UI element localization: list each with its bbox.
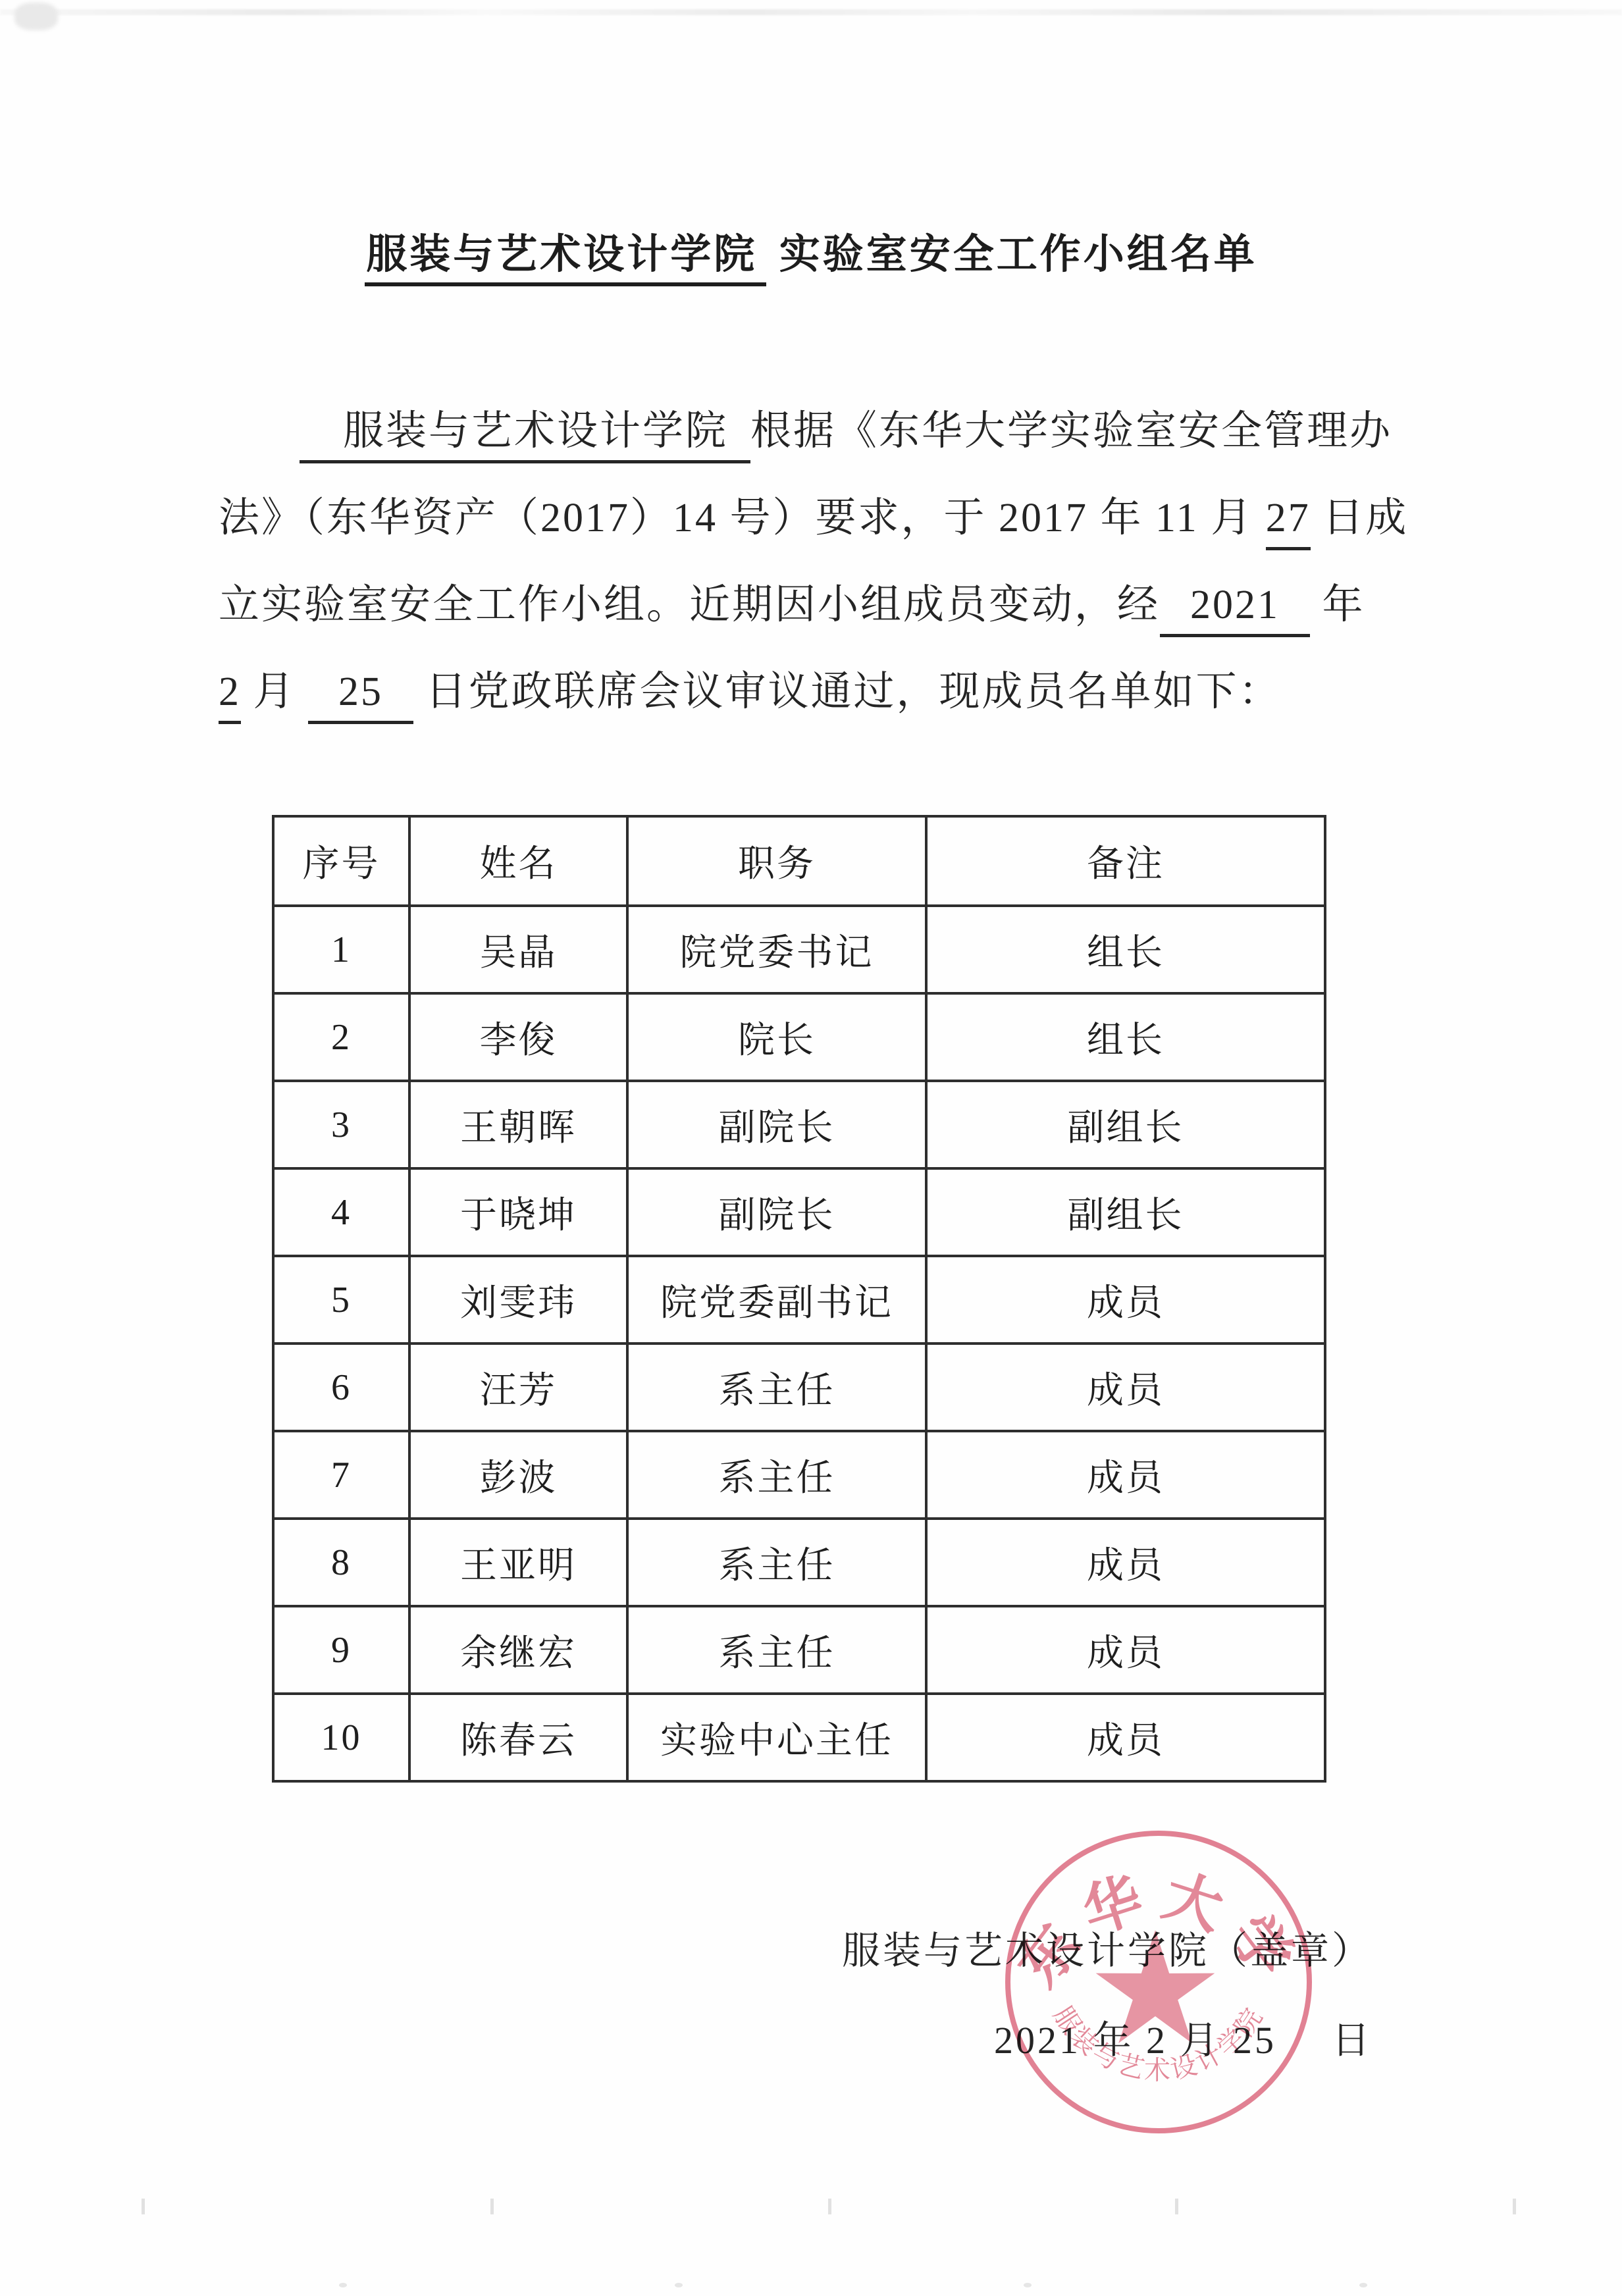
- document-title-college: 服装与艺术设计学院: [365, 232, 766, 286]
- cell-index: 5: [273, 1256, 409, 1344]
- cell-name: 陈春云: [409, 1694, 627, 1781]
- header-cell-note: 备注: [926, 816, 1325, 906]
- scan-tick-mark: [490, 2199, 494, 2214]
- month-underlined: 2: [219, 669, 241, 724]
- paragraph-text: 年: [1310, 583, 1365, 627]
- cell-name: 李俊: [409, 993, 627, 1081]
- cell-note: 成员: [926, 1606, 1325, 1694]
- cell-name: 余继宏: [409, 1606, 627, 1694]
- table-row: 4 于晓坤 副院长 副组长: [273, 1168, 1325, 1256]
- cell-index: 7: [273, 1431, 409, 1519]
- day2-underlined: 25: [308, 669, 413, 724]
- cell-note: 成员: [926, 1256, 1325, 1344]
- safety-group-members-table: 序号 姓名 职务 备注 1 吴晶 院党委书记 组长 2 李俊 院长 组长 3 王…: [272, 815, 1326, 1783]
- day-underlined: 27: [1266, 496, 1311, 550]
- signature-org-line: 服装与艺术设计学院（盖章）: [842, 1919, 1373, 1975]
- cell-name: 王朝晖: [409, 1081, 627, 1168]
- signature-date-line: 2021 年 2 月 25日: [994, 2009, 1373, 2064]
- cell-position: 系主任: [627, 1519, 926, 1606]
- paragraph-text: 法》（东华资产（2017）14 号）要求，于 2017 年 11 月: [219, 496, 1266, 540]
- signature-date-suffix: 日: [1332, 2019, 1373, 2062]
- cell-index: 2: [273, 993, 409, 1081]
- cell-name: 于晓坤: [409, 1168, 627, 1256]
- college-name-underlined: 服装与艺术设计学院: [300, 409, 750, 463]
- cell-position: 实验中心主任: [627, 1694, 926, 1781]
- table-row: 3 王朝晖 副院长 副组长: [273, 1081, 1325, 1168]
- university-seal-stamp: 东华大学 服装与艺术设计学院: [997, 1825, 1320, 2139]
- document-title: 服装与艺术设计学院 实验室安全工作小组名单: [0, 221, 1622, 280]
- cell-note: 成员: [926, 1694, 1325, 1781]
- header-cell-position: 职务: [627, 816, 926, 906]
- cell-position: 院党委副书记: [627, 1256, 926, 1344]
- paragraph-line-2: 法》（东华资产（2017）14 号）要求，于 2017 年 11 月 27 日成: [219, 494, 1408, 542]
- scan-edge-artifact: [0, 9, 1622, 15]
- cell-name: 王亚明: [409, 1519, 627, 1606]
- scan-dot: [1024, 2283, 1032, 2287]
- cell-note: 组长: [926, 993, 1325, 1081]
- seal-ring: [1008, 1833, 1309, 2131]
- scan-tick-mark: [1513, 2199, 1516, 2214]
- cell-note: 副组长: [926, 1081, 1325, 1168]
- paragraph-text: 立实验室安全工作小组。近期因小组成员变动，经: [219, 583, 1160, 627]
- header-cell-name: 姓名: [409, 816, 627, 906]
- cell-note: 副组长: [926, 1168, 1325, 1256]
- scan-smudge: [14, 3, 58, 30]
- scan-tick-mark: [1175, 2199, 1178, 2214]
- cell-index: 1: [273, 906, 409, 993]
- cell-note: 组长: [926, 906, 1325, 993]
- table-row: 6 汪芳 系主任 成员: [273, 1344, 1325, 1431]
- document-title-rest: 实验室安全工作小组名单: [766, 232, 1257, 277]
- cell-index: 3: [273, 1081, 409, 1168]
- paragraph-text: 月: [241, 669, 308, 714]
- signature-date-prefix: 2021 年 2 月 25: [994, 2019, 1276, 2062]
- scan-tick-mark: [142, 2199, 145, 2214]
- scanned-document-page: 服装与艺术设计学院 实验室安全工作小组名单 服装与艺术设计学院根据《东华大学实验…: [0, 0, 1622, 2296]
- cell-position: 院长: [627, 993, 926, 1081]
- year-underlined: 2021: [1160, 583, 1310, 637]
- table-row: 2 李俊 院长 组长: [273, 993, 1325, 1081]
- cell-index: 9: [273, 1606, 409, 1694]
- cell-name: 彭波: [409, 1431, 627, 1519]
- header-cell-index: 序号: [273, 816, 409, 906]
- table-row: 5 刘雯玮 院党委副书记 成员: [273, 1256, 1325, 1344]
- cell-position: 院党委书记: [627, 906, 926, 993]
- paragraph-line-4: 2 月 25 日党政联席会议审议通过，现成员名单如下：: [219, 667, 1282, 716]
- paragraph-line-3: 立实验室安全工作小组。近期因小组成员变动，经2021 年: [219, 581, 1365, 629]
- scan-dot: [339, 2283, 347, 2287]
- scan-tick-mark: [828, 2199, 831, 2214]
- table-row: 7 彭波 系主任 成员: [273, 1431, 1325, 1519]
- scan-dot: [1359, 2283, 1367, 2287]
- cell-note: 成员: [926, 1344, 1325, 1431]
- cell-position: 副院长: [627, 1168, 926, 1256]
- cell-name: 吴晶: [409, 906, 627, 993]
- table-header-row: 序号 姓名 职务 备注: [273, 816, 1325, 906]
- paragraph-text: 日成: [1311, 496, 1409, 540]
- paragraph-text: 日党政联席会议审议通过，现成员名单如下：: [413, 669, 1282, 714]
- cell-note: 成员: [926, 1431, 1325, 1519]
- scan-dot: [675, 2283, 683, 2287]
- cell-position: 系主任: [627, 1606, 926, 1694]
- table-row: 8 王亚明 系主任 成员: [273, 1519, 1325, 1606]
- cell-position: 系主任: [627, 1431, 926, 1519]
- paragraph-text: 根据《东华大学实验室安全管理办: [750, 409, 1392, 454]
- cell-index: 4: [273, 1168, 409, 1256]
- table-row: 10 陈春云 实验中心主任 成员: [273, 1694, 1325, 1781]
- table-row: 9 余继宏 系主任 成员: [273, 1606, 1325, 1694]
- cell-name: 汪芳: [409, 1344, 627, 1431]
- cell-position: 副院长: [627, 1081, 926, 1168]
- cell-note: 成员: [926, 1519, 1325, 1606]
- cell-index: 6: [273, 1344, 409, 1431]
- cell-name: 刘雯玮: [409, 1256, 627, 1344]
- cell-position: 系主任: [627, 1344, 926, 1431]
- cell-index: 8: [273, 1519, 409, 1606]
- paragraph-line-1: 服装与艺术设计学院根据《东华大学实验室安全管理办: [300, 407, 1392, 456]
- cell-index: 10: [273, 1694, 409, 1781]
- table-row: 1 吴晶 院党委书记 组长: [273, 906, 1325, 993]
